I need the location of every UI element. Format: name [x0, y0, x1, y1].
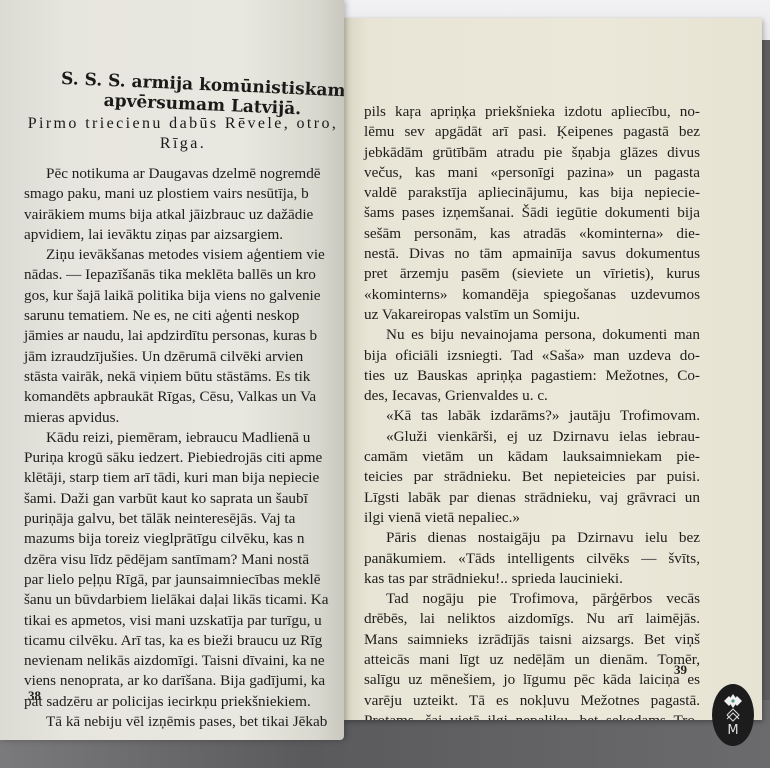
- text-line: gos, kur šajā laikā politika bija viens …: [24, 286, 344, 306]
- page-number-left: 38: [28, 688, 41, 704]
- chapter-subtitle: Pirmo triecienu dabūs Rēvele, otro, Rīga…: [2, 114, 344, 154]
- text-line: atteicās mani līgt uz nedēļām un dienām.…: [364, 650, 700, 670]
- text-line: par lielo peļņu Rīgā, par jaunsaimniecīb…: [24, 570, 344, 590]
- text-line: nevienam nelikās aizdomīgi. Taisni dīvai…: [24, 651, 344, 671]
- text-line: stāsta vairāk, nekā viņiem būtu stāstāms…: [24, 367, 344, 387]
- text-line: klētāji, starp tiem arī tādi, kuri man b…: [24, 468, 344, 488]
- text-line: komandēts apbraukāt Rīgas, Cēsu, Valkas …: [24, 387, 344, 407]
- text-line: pret ārzemju pasēm (sieviete un vīrietis…: [364, 264, 700, 284]
- text-line: salīgu uz mēnešiem, jo līgumu pēc kāda l…: [364, 670, 700, 690]
- left-page: S. S. S. armija komūnistiskam apvērsumam…: [0, 0, 344, 740]
- text-line: jebkādām grūtībām atradu pie šņabja glāz…: [364, 143, 700, 163]
- text-line: «Kā tas labāk izdarāms?» jautāju Trofimo…: [364, 406, 700, 426]
- ornament-glyph-icon: M: [712, 684, 754, 746]
- text-line: Pēc notikuma ar Daugavas dzelmē nogremdē: [24, 164, 344, 184]
- text-line: drēbēs, lai neliktos aizdomīgs. Nu arī l…: [364, 609, 700, 629]
- text-line: jām izraudzījušies. Un dzērumā cilvēki a…: [24, 347, 344, 367]
- text-line: šanu un būvdarbiem lielākai daļai likās …: [24, 590, 344, 610]
- text-line: Līgsti labāk par dienas strādnieku, vaj …: [364, 488, 700, 508]
- text-line: ilgi vienā vietā nepaliec.»: [364, 508, 700, 528]
- text-line: sešām personām, kas atradās «kominterna»…: [364, 224, 700, 244]
- page-number-right: 39: [674, 662, 687, 678]
- text-line: mieras apvidus.: [24, 408, 344, 428]
- text-line: ticamu cilvēku. Arī tas, ka es bieži bra…: [24, 631, 344, 651]
- text-line: šami. Daži gan varbūt kaut ko saprata un…: [24, 489, 344, 509]
- text-line: smago paku, mani uz plostiem vairs nesūt…: [24, 184, 344, 204]
- text-line: Tā kā nebiju vēl izņēmis pases, bet tika…: [24, 712, 344, 732]
- right-page: pils kaŗa apriņķa priekšnieka izdotu apl…: [344, 18, 762, 720]
- text-line: Kādu reizi, piemēram, iebraucu Madlienā …: [24, 428, 344, 448]
- text-line: lēmu sev apgādāt arī pasi. Ķeipenes paga…: [364, 122, 700, 142]
- text-line: tikai es apmetos, visi mani uzskatīja pa…: [24, 611, 344, 631]
- text-line: puriņāja galvu, bet tālāk neinteresējās.…: [24, 509, 344, 529]
- text-line: pils kaŗa apriņķa priekšnieka izdotu apl…: [364, 102, 700, 122]
- text-line: jāmies ar naudu, lai apdzirdītu personas…: [24, 326, 344, 346]
- text-line: «Gluži vienkārši, ej uz Dzirnavu ielas i…: [364, 427, 700, 447]
- text-line: nādas. — Iepazīšanās tika meklēta ballēs…: [24, 265, 344, 285]
- text-line: uz Vakareiropas valstīm un Somiju.: [364, 305, 700, 325]
- text-line: šams pases izņemšanai. Šādi iegūtie doku…: [364, 203, 700, 223]
- text-line: valdē parakstīja apliecinājumu, kas bija…: [364, 183, 700, 203]
- text-line: apvidiem, lai ievāktu ziņas par aizsargi…: [24, 225, 344, 245]
- text-line: Protams, šai vietā ilgi nepaliku, bet se…: [364, 711, 700, 720]
- text-line: des, Iecavas, Grienvaldes u. c.: [364, 386, 700, 406]
- text-line: «kominterns» komandēja spiegošanas uzdev…: [364, 285, 700, 305]
- text-line: večus, kas mani «personīgi pazina» un pa…: [364, 163, 700, 183]
- text-line: Ziņu ievākšanas metodes visiem aģentiem …: [24, 245, 344, 265]
- text-line: varēju uzteikt. Tā es nokļuvu Mežotnes p…: [364, 691, 700, 711]
- text-line: viens nenoprata, ar ko darīšana. Bija ga…: [24, 671, 344, 691]
- text-line: teicies par strādnieku. Bet nepieteicies…: [364, 467, 700, 487]
- text-line: nestā. Divas no tām apmainīja savus doku…: [364, 244, 700, 264]
- ornament-logo-icon: M: [712, 684, 754, 746]
- text-line: Mans saimnieks izrādījās taisni aizsargs…: [364, 630, 700, 650]
- chapter-subtitle-line-2: Rīga.: [2, 134, 344, 154]
- text-line: camām vietām un kādam lauksaimniekam pie…: [364, 447, 700, 467]
- text-line: vairākiem mums bija atkal jāizbrauc uz d…: [24, 205, 344, 225]
- text-line: Pāris dienas nostaigāju pa Dzirnavu ielu…: [364, 528, 700, 548]
- text-line: Puriņa krogū sāku iedzert. Piebiedrojās …: [24, 448, 344, 468]
- text-line: mazums bija toreiz vieglprātīgu cilvēku,…: [24, 529, 344, 549]
- text-line: bija oficiāli izsniegti. Tad «Saša» man …: [364, 346, 700, 366]
- text-line: kas tas par strādnieku!.. sprieda laucin…: [364, 569, 700, 589]
- text-line: panākumiem. «Tāds intelligents cilvēks —…: [364, 549, 700, 569]
- text-line: sarunu tematiem. Ne es, ne citi aģenti n…: [24, 306, 344, 326]
- right-page-body: pils kaŗa apriņķa priekšnieka izdotu apl…: [364, 102, 700, 720]
- text-line: pat sadzēru ar policijas iecirkņu priekš…: [24, 692, 344, 712]
- text-line: Nu es biju nevainojama persona, dokument…: [364, 325, 700, 345]
- svg-text:M: M: [727, 723, 738, 738]
- left-page-body: S. S. S. armija komūnistiskam apvērsumam…: [24, 68, 344, 732]
- text-line: Tad nogāju pie Trofimova, pārģērbos vecā…: [364, 589, 700, 609]
- text-line: dzēra visu līdz pēdējam santīmam? Mani n…: [24, 550, 344, 570]
- text-line: ties uz Bauskas apriņķa pagastiem: Mežot…: [364, 366, 700, 386]
